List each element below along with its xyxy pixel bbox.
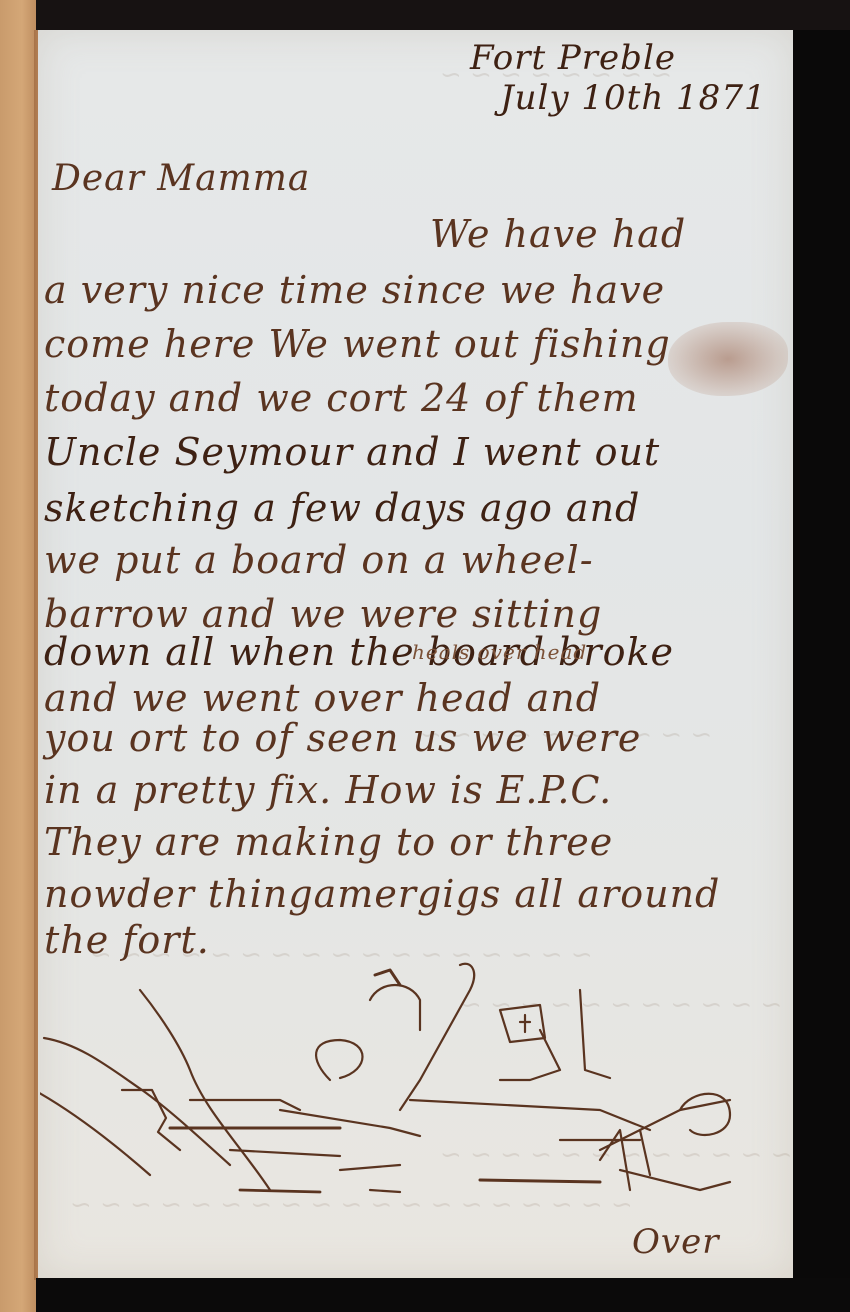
body-line-7: we put a board on a wheel- <box>44 538 594 582</box>
body-line-5: Uncle Seymour and I went out <box>44 430 660 474</box>
body-line-10-text: and we went over head and <box>44 676 601 720</box>
body-line-10: and we went over head and <box>44 676 601 720</box>
heading-place: Fort Preble <box>470 38 676 78</box>
heading-date: July 10th 1871 <box>500 78 767 118</box>
ink-sketch-illustration <box>40 960 760 1210</box>
bottom-border <box>36 1278 850 1312</box>
body-line-6: sketching a few days ago and <box>44 486 640 530</box>
body-line-2: a very nice time since we have <box>44 268 665 312</box>
ink-stain <box>668 322 788 396</box>
body-line-11: you ort to of seen us we were <box>44 716 641 760</box>
body-line-12: in a pretty fix. How is E.P.C. <box>44 768 612 812</box>
over-note: Over <box>632 1222 719 1262</box>
right-border <box>793 30 850 1312</box>
body-line-1: We have had <box>430 212 686 256</box>
body-line-14: nowder thingamergigs all around <box>44 872 720 916</box>
body-line-4: today and we cort 24 of them <box>44 376 639 420</box>
salutation: Dear Mamma <box>52 158 310 199</box>
body-line-13: They are making to or three <box>44 820 613 864</box>
top-border <box>36 0 850 30</box>
body-line-15: the fort. <box>44 918 210 962</box>
body-line-3: come here We went out fishing <box>44 322 671 366</box>
interlinear-insertion: heals over head <box>412 640 587 664</box>
